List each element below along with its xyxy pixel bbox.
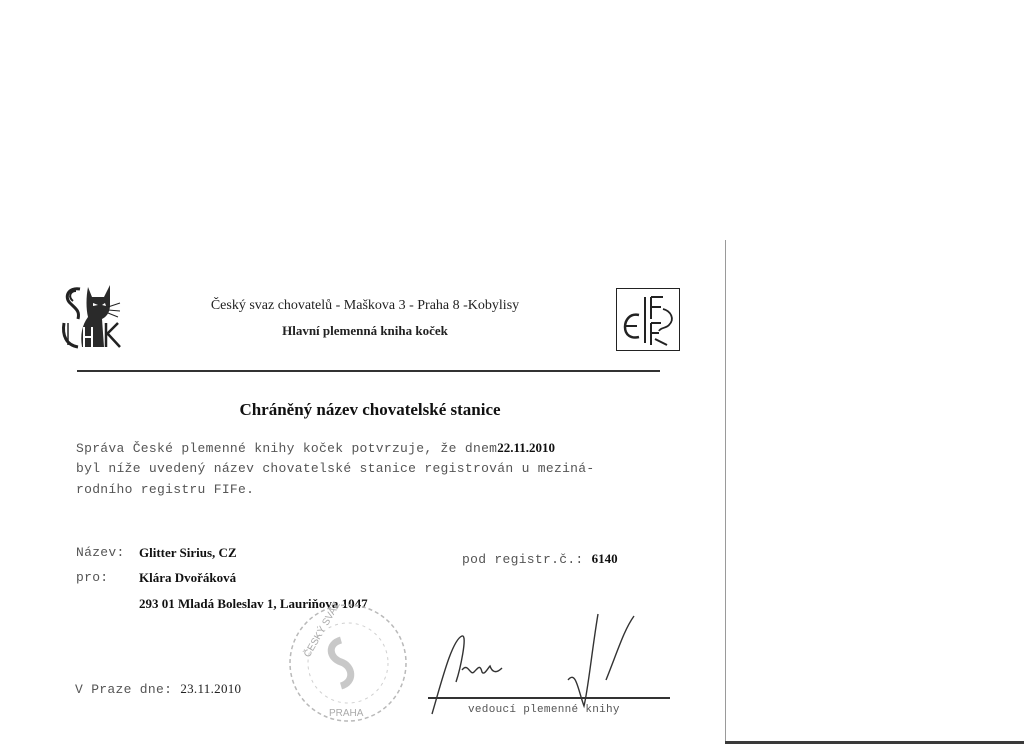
signature-line: [428, 697, 670, 699]
body-line-1: Správa České plemenné knihy koček potvrz…: [76, 440, 555, 456]
body-line-2: byl níže uvedený název chovatelské stani…: [76, 461, 594, 476]
body-line-3: rodního registru FIFe.: [76, 482, 254, 497]
document-title: Chráněný název chovatelské stanice: [0, 400, 740, 420]
official-stamp-icon: ČESKÝ SVAZ PRAHA: [283, 598, 413, 728]
header-divider: [77, 370, 660, 372]
body-line-1-text: Správa České plemenné knihy koček potvrz…: [76, 441, 497, 456]
name-label: Název:: [76, 545, 125, 560]
svg-text:ČESKÝ SVAZ: ČESKÝ SVAZ: [300, 599, 342, 659]
registration-label: pod registr.č.:: [462, 552, 584, 567]
registration-date: 22.11.2010: [497, 440, 555, 455]
place-label: V Praze dne:: [75, 682, 172, 697]
registration-number: 6140: [592, 551, 618, 566]
department-name: Hlavní plemenná kniha koček: [0, 323, 745, 339]
issue-date: 23.11.2010: [180, 681, 241, 696]
signature-caption: vedoucí plemenné knihy: [468, 704, 620, 716]
organization-address: Český svaz chovatelů - Maškova 3 - Praha…: [0, 298, 745, 314]
owner-label: pro:: [76, 570, 108, 585]
place-and-date: V Praze dne: 23.11.2010: [75, 681, 241, 697]
owner-name: Klára Dvořáková: [139, 570, 236, 586]
cat-logo-icon: [58, 283, 130, 351]
registration-number-field: pod registr.č.: 6140: [462, 551, 618, 567]
scan-card-edge: [725, 240, 726, 744]
cattery-name: Glitter Sirius, CZ: [139, 545, 237, 561]
svg-text:PRAHA: PRAHA: [329, 708, 364, 719]
